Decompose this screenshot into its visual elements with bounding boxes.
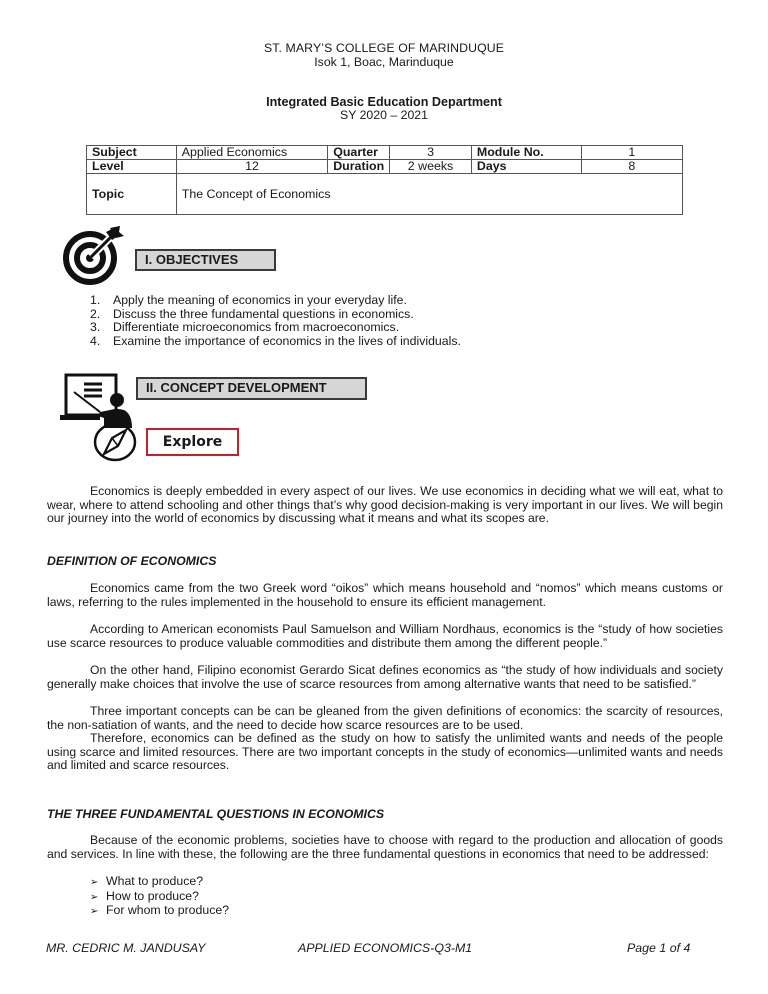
- paragraph-samuelson: According to American economists Paul Sa…: [47, 623, 723, 650]
- fundamental-questions-list: ➢What to produce? ➢How to produce? ➢For …: [90, 875, 229, 919]
- list-item: 4.Examine the importance of economics in…: [90, 335, 461, 349]
- footer-page-number: Page 1 of 4: [627, 941, 690, 955]
- teacher-board-icon: [60, 372, 136, 428]
- list-item: 1.Apply the meaning of economics in your…: [90, 294, 461, 308]
- module-info-table: Subject Applied Economics Quarter 3 Modu…: [86, 145, 683, 215]
- level-value: 12: [176, 160, 327, 174]
- paragraph-three-concepts: Three important concepts can be can be g…: [47, 705, 723, 732]
- topic-label: Topic: [87, 174, 177, 215]
- footer-author: MR. CEDRIC M. JANDUSAY: [46, 941, 205, 955]
- quarter-label: Quarter: [328, 146, 390, 160]
- paragraph-greek-origin: Economics came from the two Greek word “…: [47, 582, 723, 609]
- objectives-heading: I. OBJECTIVES: [135, 249, 276, 271]
- table-row: Level 12 Duration 2 weeks Days 8: [87, 160, 683, 174]
- intro-paragraph: Economics is deeply embedded in every as…: [47, 485, 723, 526]
- compass-icon: [92, 422, 138, 462]
- days-label: Days: [471, 160, 581, 174]
- list-item: 2.Discuss the three fundamental question…: [90, 308, 461, 322]
- duration-label: Duration: [328, 160, 390, 174]
- arrow-bullet-icon: ➢: [90, 905, 106, 919]
- paragraph-definition-summary: Therefore, economics can be defined as t…: [47, 732, 723, 773]
- school-address: Isok 1, Boac, Marinduque: [0, 55, 768, 69]
- definition-heading: DEFINITION OF ECONOMICS: [47, 554, 216, 568]
- school-year: SY 2020 – 2021: [0, 108, 768, 122]
- list-item: 3.Differentiate microeconomics from macr…: [90, 321, 461, 335]
- paragraph-economic-problems: Because of the economic problems, societ…: [47, 834, 723, 861]
- duration-value: 2 weeks: [390, 160, 472, 174]
- table-row: Topic The Concept of Economics: [87, 174, 683, 215]
- list-item: ➢For whom to produce?: [90, 904, 229, 919]
- arrow-bullet-icon: ➢: [90, 876, 106, 890]
- questions-heading: THE THREE FUNDAMENTAL QUESTIONS IN ECONO…: [47, 807, 384, 821]
- module-label: Module No.: [471, 146, 581, 160]
- list-item: ➢What to produce?: [90, 875, 229, 890]
- footer-module-code: APPLIED ECONOMICS-Q3-M1: [298, 941, 472, 955]
- department-name: Integrated Basic Education Department: [0, 95, 768, 109]
- list-item: ➢How to produce?: [90, 890, 229, 905]
- objectives-list: 1.Apply the meaning of economics in your…: [90, 294, 461, 348]
- school-name: ST. MARY’S COLLEGE OF MARINDUQUE: [0, 41, 768, 55]
- subject-value: Applied Economics: [176, 146, 327, 160]
- table-row: Subject Applied Economics Quarter 3 Modu…: [87, 146, 683, 160]
- days-value: 8: [581, 160, 682, 174]
- arrow-bullet-icon: ➢: [90, 891, 106, 905]
- topic-value: The Concept of Economics: [176, 174, 682, 215]
- subject-label: Subject: [87, 146, 177, 160]
- concept-development-heading: II. CONCEPT DEVELOPMENT: [136, 377, 367, 400]
- paragraph-sicat: On the other hand, Filipino economist Ge…: [47, 664, 723, 691]
- target-icon: [58, 224, 130, 286]
- module-value: 1: [581, 146, 682, 160]
- quarter-value: 3: [390, 146, 472, 160]
- explore-label: Explore: [146, 428, 239, 456]
- level-label: Level: [87, 160, 177, 174]
